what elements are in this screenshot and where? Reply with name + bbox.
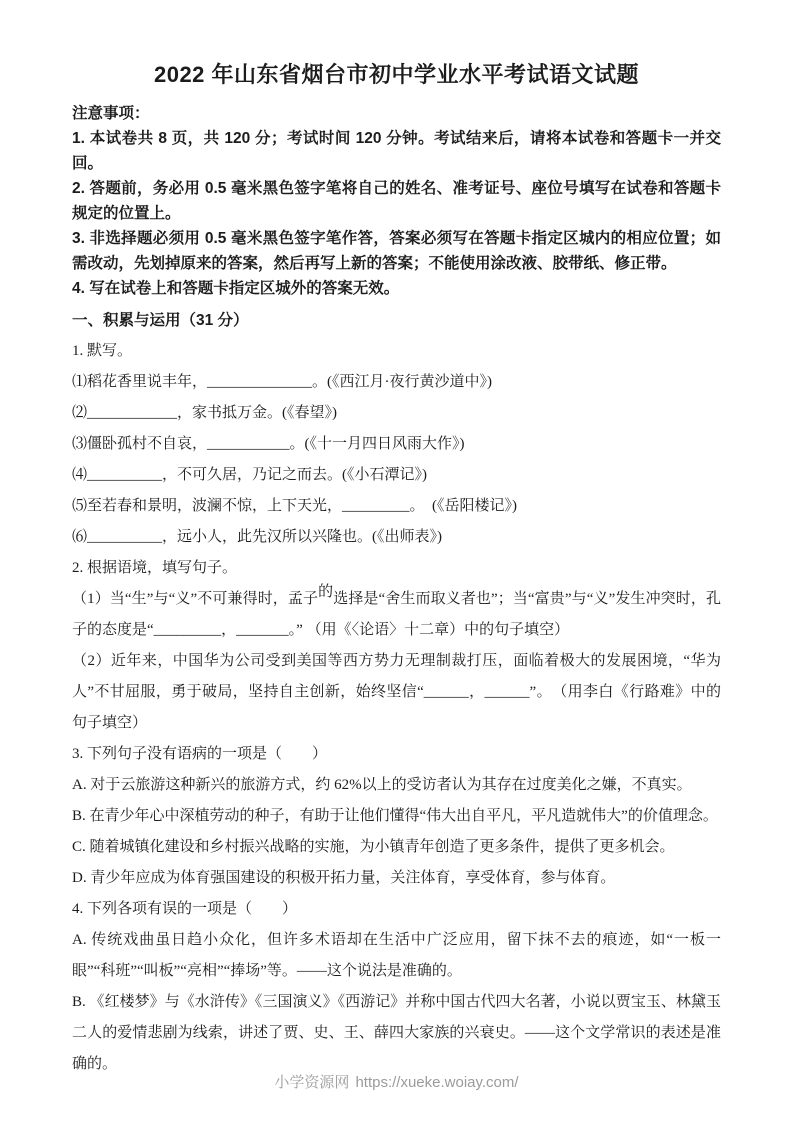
notice-heading: 注意事项：	[72, 101, 721, 126]
question-4-option-b: B. 《红楼梦》与《水浒传》《三国演义》《西游记》并称中国古代四大名著，小说以贾…	[72, 987, 721, 1080]
notice-item-4: 4. 写在试卷上和答题卡指定区城外的答案无效。	[72, 276, 721, 301]
question-1-item-3: ⑶僵卧孤村不自哀，___________。(《十一月四日风雨大作》)	[72, 429, 721, 460]
exam-body: 一、积累与运用（31 分） 1. 默写。 ⑴稻花香里说丰年，__________…	[72, 305, 721, 1080]
question-1-item-2: ⑵____________，家书抵万金。(《春望》)	[72, 398, 721, 429]
question-3-option-d: D. 青少年应成为体育强国建设的积极开拓力量，关注体育，享受体育，参与体育。	[72, 863, 721, 894]
exam-paper-page: 2022 年山东省烟台市初中学业水平考试语文试题 注意事项： 1. 本试卷共 8…	[0, 0, 793, 1122]
question-1-item-4: ⑷__________，不可久居，乃记之而去。(《小石潭记》)	[72, 460, 721, 491]
question-2-item-2: （2）近年来，中国华为公司受到美国等西方势力无理制裁打压，面临着极大的发展困境，…	[72, 646, 721, 739]
notice-item-2: 2. 答题前，务必用 0.5 毫米黑色签字笔将自己的姓名、准考证号、座位号填写在…	[72, 176, 721, 226]
footer-url-link[interactable]: https://xueke.woiay.com/	[355, 1074, 518, 1091]
footer-site-name: 小学资源网	[274, 1074, 349, 1091]
notice-item-1: 1. 本试卷共 8 页，共 120 分；考试时间 120 分钟。考试结来后，请将…	[72, 126, 721, 176]
page-footer: 小学资源网https://xueke.woiay.com/	[0, 1071, 793, 1092]
question-1-item-1: ⑴稻花香里说丰年，______________。(《西江月·夜行黄沙道中》)	[72, 367, 721, 398]
question-3-option-b: B. 在青少年心中深植劳动的种子，有助于让他们懂得“伟大出自平凡，平凡造就伟大”…	[72, 801, 721, 832]
question-3-option-c: C. 随着城镇化建设和乡村振兴战略的实施，为小镇青年创造了更多条件，提供了更多机…	[72, 832, 721, 863]
question-2-item-1: （1）当“生”与“义”不可兼得时，孟子的选择是“舍生而取义者也”；当“富贵”与“…	[72, 584, 721, 646]
question-4-option-a: A. 传统戏曲虽日趋小众化，但许多术语却在生活中广泛应用，留下抹不去的痕迹，如“…	[72, 925, 721, 987]
question-1-stem: 1. 默写。	[72, 336, 721, 367]
notice-section: 注意事项： 1. 本试卷共 8 页，共 120 分；考试时间 120 分钟。考试…	[72, 101, 721, 301]
question-3-option-a: A. 对于云旅游这种新兴的旅游方式，约 62%以上的受访者认为其存在过度美化之嫌…	[72, 770, 721, 801]
question-1-item-6: ⑹__________，远小人，此先汉所以兴隆也。(《出师表》)	[72, 522, 721, 553]
page-title: 2022 年山东省烟台市初中学业水平考试语文试题	[72, 58, 721, 89]
question-1-item-5: ⑸至若春和景明，波澜不惊，上下天光，_________。 (《岳阳楼记》)	[72, 491, 721, 522]
question-4-stem: 4. 下列各项有误的一项是（ ）	[72, 894, 721, 925]
section-1-heading: 一、积累与运用（31 分）	[72, 305, 721, 336]
question-2-item-1-text: （1）当“生”与“义”不可兼得时，孟子	[72, 591, 318, 607]
question-3-stem: 3. 下列句子没有语病的一项是（ ）	[72, 739, 721, 770]
notice-item-3: 3. 非选择题必须用 0.5 毫米黑色签字笔作答，答案必须写在答题卡指定区城内的…	[72, 226, 721, 276]
question-2-stem: 2. 根据语境，填写句子。	[72, 553, 721, 584]
raised-character: 的	[318, 577, 333, 608]
